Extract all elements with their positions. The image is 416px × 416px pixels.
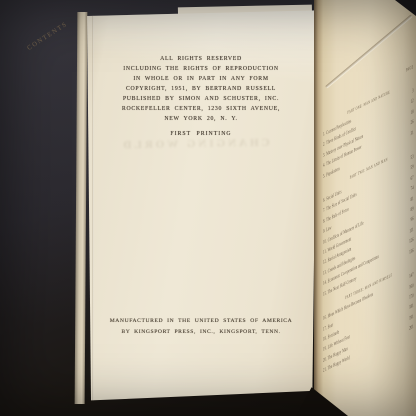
- copyright-notice-line: IN WHOLE OR IN PART IN ANY FORM: [84, 74, 318, 84]
- contents-header: CONTENTS: [26, 21, 69, 52]
- book-photo: ALL RIGHTS RESERVEDINCLUDING THE RIGHTS …: [0, 0, 416, 416]
- copyright-notice-line: INCLUDING THE RIGHTS OF REPRODUCTION: [84, 64, 318, 74]
- manufacture-line: MANUFACTURED IN THE UNITED STATES OF AME…: [84, 316, 318, 327]
- copyright-page: ALL RIGHTS RESERVEDINCLUDING THE RIGHTS …: [84, 8, 318, 406]
- copyright-notice-line: ROCKEFELLER CENTER, 1230 SIXTH AVENUE,: [84, 104, 318, 114]
- manufacture-line: BY KINGSPORT PRESS, INC., KINGSPORT, TEN…: [84, 327, 318, 338]
- copyright-notice-line: NEW YORK 20, N. Y.: [84, 114, 318, 124]
- toc-body: PAGE PART ONE: MAN AND NATURE1. Current …: [323, 63, 415, 376]
- ghost-showthrough-text: CHANGING WORLD: [90, 136, 300, 152]
- book-cover-edge: [75, 12, 88, 404]
- toc-entry-page: 136: [409, 245, 414, 258]
- toc-entry-page: 31: [411, 127, 415, 139]
- copyright-notice-block: ALL RIGHTS RESERVEDINCLUDING THE RIGHTS …: [84, 54, 318, 124]
- manufacture-block: MANUFACTURED IN THE UNITED STATES OF AME…: [84, 316, 318, 338]
- copyright-notice-line: PUBLISHED BY SIMON AND SCHUSTER, INC.: [84, 94, 318, 104]
- copyright-notice-line: COPYRIGHT, 1951, BY BERTRAND RUSSELL: [84, 84, 318, 94]
- copyright-notice-line: ALL RIGHTS RESERVED: [84, 54, 318, 64]
